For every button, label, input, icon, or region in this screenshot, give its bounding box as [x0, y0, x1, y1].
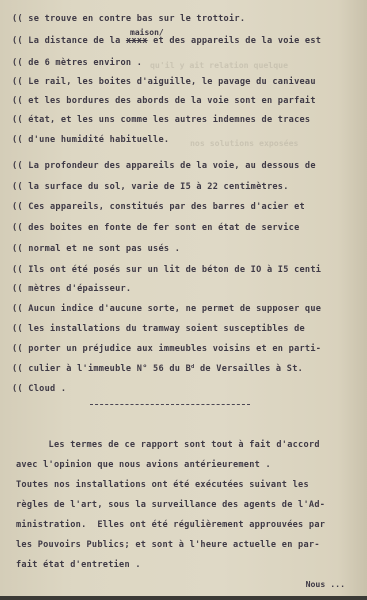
- text-line: (( La profondeur des appareils de la voi…: [12, 161, 316, 171]
- text-line: règles de l'art, sous la surveillance de…: [16, 500, 325, 510]
- text-line: (( de 6 mètres environ .: [12, 58, 142, 68]
- text-line: (( les installations du tramway soient s…: [12, 324, 305, 334]
- text-line: (( Le rail, les boites d'aiguille, le pa…: [12, 77, 316, 87]
- margin-marker: ((: [12, 304, 23, 314]
- margin-marker: ((: [12, 202, 23, 212]
- bleed-through-text: nos solutions exposées: [190, 138, 298, 148]
- margin-marker: ((: [12, 135, 23, 145]
- margin-marker: ((: [12, 384, 23, 394]
- text-line: (( Aucun indice d'aucune sorte, ne perme…: [12, 304, 321, 314]
- text-line: ministration. Elles ont été régulièremen…: [16, 520, 325, 530]
- text-line: (( normal et ne sont pas usés .: [12, 244, 180, 254]
- text-line: Toutes nos installations ont été exécuté…: [16, 480, 309, 490]
- text-line: (( d'une humidité habituelle.: [12, 135, 169, 145]
- margin-marker: ((: [12, 182, 23, 192]
- margin-marker: ((: [12, 244, 23, 254]
- document-page: qu'il y ait relation quelque nos solutio…: [0, 0, 367, 600]
- text-line: (( Cloud .: [12, 384, 66, 394]
- continuation-text: Nous ...: [306, 579, 345, 589]
- margin-marker: ((: [12, 324, 23, 334]
- text-line: (( culier à l'immeuble N° 56 du Bd de Ve…: [12, 364, 303, 374]
- margin-marker: ((: [12, 344, 23, 354]
- bleed-through-text: qu'il y ait relation quelque: [150, 60, 288, 70]
- text-line: (( et les bordures des abords de la voie…: [12, 96, 316, 106]
- text-line: fait état d'entretien .: [16, 560, 141, 570]
- text-line: (( La distance de la xxxx et des apparei…: [12, 36, 321, 46]
- text-line: Les termes de ce rapport sont tout à fai…: [16, 440, 320, 450]
- margin-marker: ((: [12, 364, 23, 374]
- text-line: (( des boites en fonte de fer sont en ét…: [12, 223, 300, 233]
- text-line: les Pouvoirs Publics; et sont à l'heure …: [16, 540, 320, 550]
- margin-marker: ((: [12, 77, 23, 87]
- text-line: (( la surface du sol, varie de I5 à 22 c…: [12, 182, 289, 192]
- struck-word: xxxx: [126, 36, 148, 46]
- margin-marker: ((: [12, 284, 23, 294]
- separator-line: [90, 404, 250, 405]
- margin-marker: ((: [12, 96, 23, 106]
- text-line: (( Ils ont été posés sur un lit de béton…: [12, 265, 321, 275]
- margin-marker: ((: [12, 36, 23, 46]
- text-line: (( mètres d'épaisseur.: [12, 284, 131, 294]
- margin-marker: ((: [12, 14, 23, 24]
- margin-marker: ((: [12, 115, 23, 125]
- text-line: (( état, et les uns comme les autres ind…: [12, 115, 310, 125]
- text-line: (( Ces appareils, constitués par des bar…: [12, 202, 305, 212]
- margin-marker: ((: [12, 223, 23, 233]
- margin-marker: ((: [12, 58, 23, 68]
- margin-marker: ((: [12, 265, 23, 275]
- text-line: (( porter un préjudice aux immeubles voi…: [12, 344, 321, 354]
- text-line: avec l'opinion que nous avions antérieur…: [16, 460, 271, 470]
- margin-marker: ((: [12, 161, 23, 171]
- text-line: (( se trouve en contre bas sur le trotto…: [12, 14, 245, 24]
